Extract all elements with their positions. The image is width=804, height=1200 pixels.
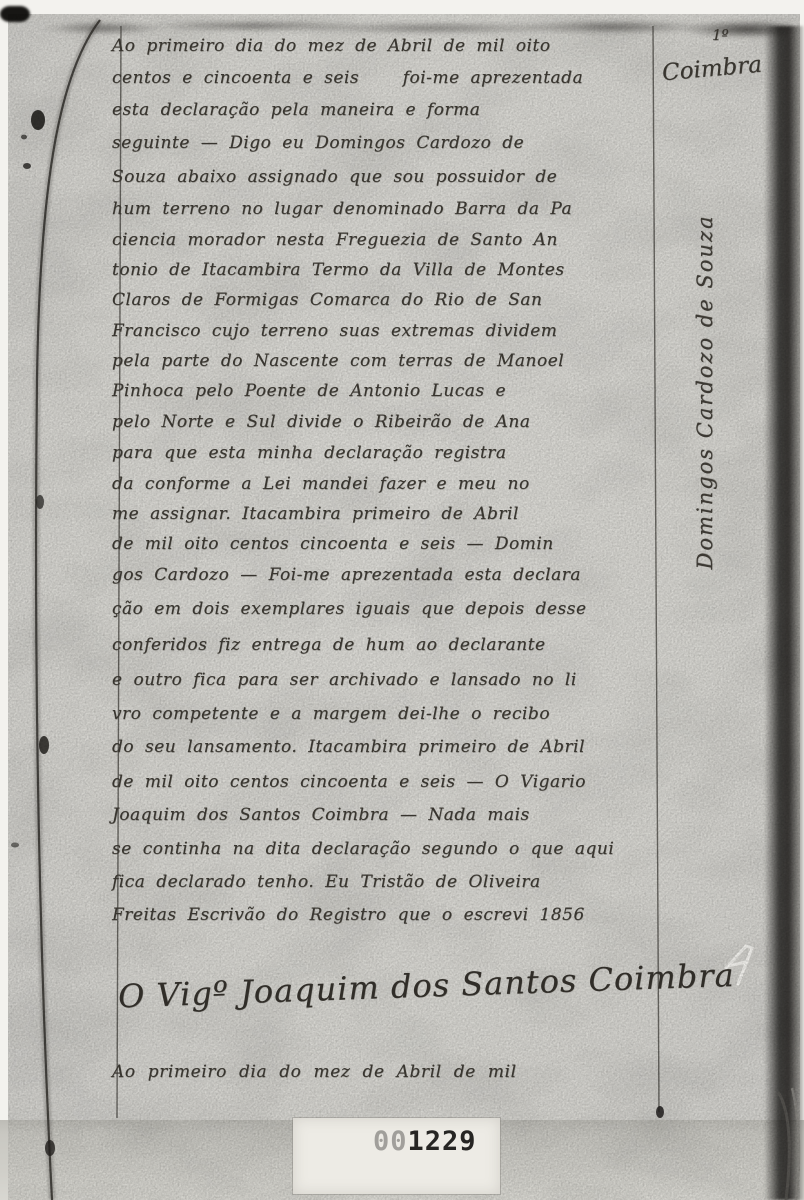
manuscript-line: fica declarado tenho. Eu Tristão de Oliv… — [112, 872, 672, 892]
manuscript-line: Souza abaixo assignado que sou possuidor… — [112, 167, 672, 187]
manuscript-line: Freitas Escrivão do Registro que o escre… — [112, 905, 672, 925]
manuscript-line: gos Cardozo — Foi-me aprezentada esta de… — [112, 565, 672, 585]
manuscript-line: de mil oito centos cincoenta e seis — Do… — [112, 534, 672, 554]
manuscript-line: hum terreno no lugar denominado Barra da… — [112, 199, 672, 219]
manuscript-line: esta declaração pela maneira e forma — [112, 100, 672, 120]
manuscript-line: para que esta minha declaração registra — [112, 443, 672, 463]
manuscript-line: ciencia morador nesta Freguezia de Santo… — [112, 230, 672, 250]
manuscript-line: se continha na dita declaração segundo o… — [112, 839, 672, 859]
archive-label: 001229 — [293, 1118, 500, 1194]
next-entry-first-line: Ao primeiro dia do mez de Abril de mil — [112, 1062, 517, 1082]
manuscript-line: me assignar. Itacambira primeiro de Abri… — [112, 504, 672, 524]
page-number: 1º — [712, 26, 729, 44]
stamp-number-faint-digits: 00 — [373, 1126, 408, 1157]
manuscript-line: de mil oito centos cincoenta e seis — O … — [112, 772, 672, 792]
manuscript-line: centos e cincoenta e seis foi-me aprezen… — [112, 68, 672, 88]
manuscript-line: Francisco cujo terreno suas extremas div… — [112, 321, 672, 341]
scanned-manuscript-page: Ao primeiro dia do mez de Abril de mil o… — [0, 0, 804, 1200]
manuscript-line: da conforme a Lei mandei fazer e meu no — [112, 474, 672, 494]
manuscript-line: pela parte do Nascente com terras de Man… — [112, 351, 672, 371]
manuscript-line: do seu lansamento. Itacambira primeiro d… — [112, 737, 672, 757]
manuscript-line: Ao primeiro dia do mez de Abril de mil o… — [112, 36, 672, 56]
stamp-number-bold-digits: 1229 — [408, 1126, 477, 1157]
manuscript-line: pelo Norte e Sul divide o Ribeirão de An… — [112, 412, 672, 432]
manuscript-line: Joaquim dos Santos Coimbra — Nada mais — [112, 805, 672, 825]
manuscript-line: vro competente e a margem dei-lhe o reci… — [112, 704, 672, 724]
manuscript-line: Claros de Formigas Comarca do Rio de San — [112, 290, 672, 310]
margin-vertical-signature: Domingos Cardozo de Souza — [693, 127, 717, 657]
manuscript-line: ção em dois exemplares iguais que depois… — [112, 599, 672, 619]
manuscript-line: Pinhoca pelo Poente de Antonio Lucas e — [112, 381, 672, 401]
stamp-number: 001229 — [373, 1126, 477, 1157]
manuscript-line: e outro fica para ser archivado e lansad… — [112, 670, 672, 690]
manuscript-line: seguinte — Digo eu Domingos Cardozo de — [112, 133, 672, 153]
manuscript-line: tonio de Itacambira Termo da Villa de Mo… — [112, 260, 672, 280]
manuscript-line: conferidos fiz entrega de hum ao declara… — [112, 635, 672, 655]
